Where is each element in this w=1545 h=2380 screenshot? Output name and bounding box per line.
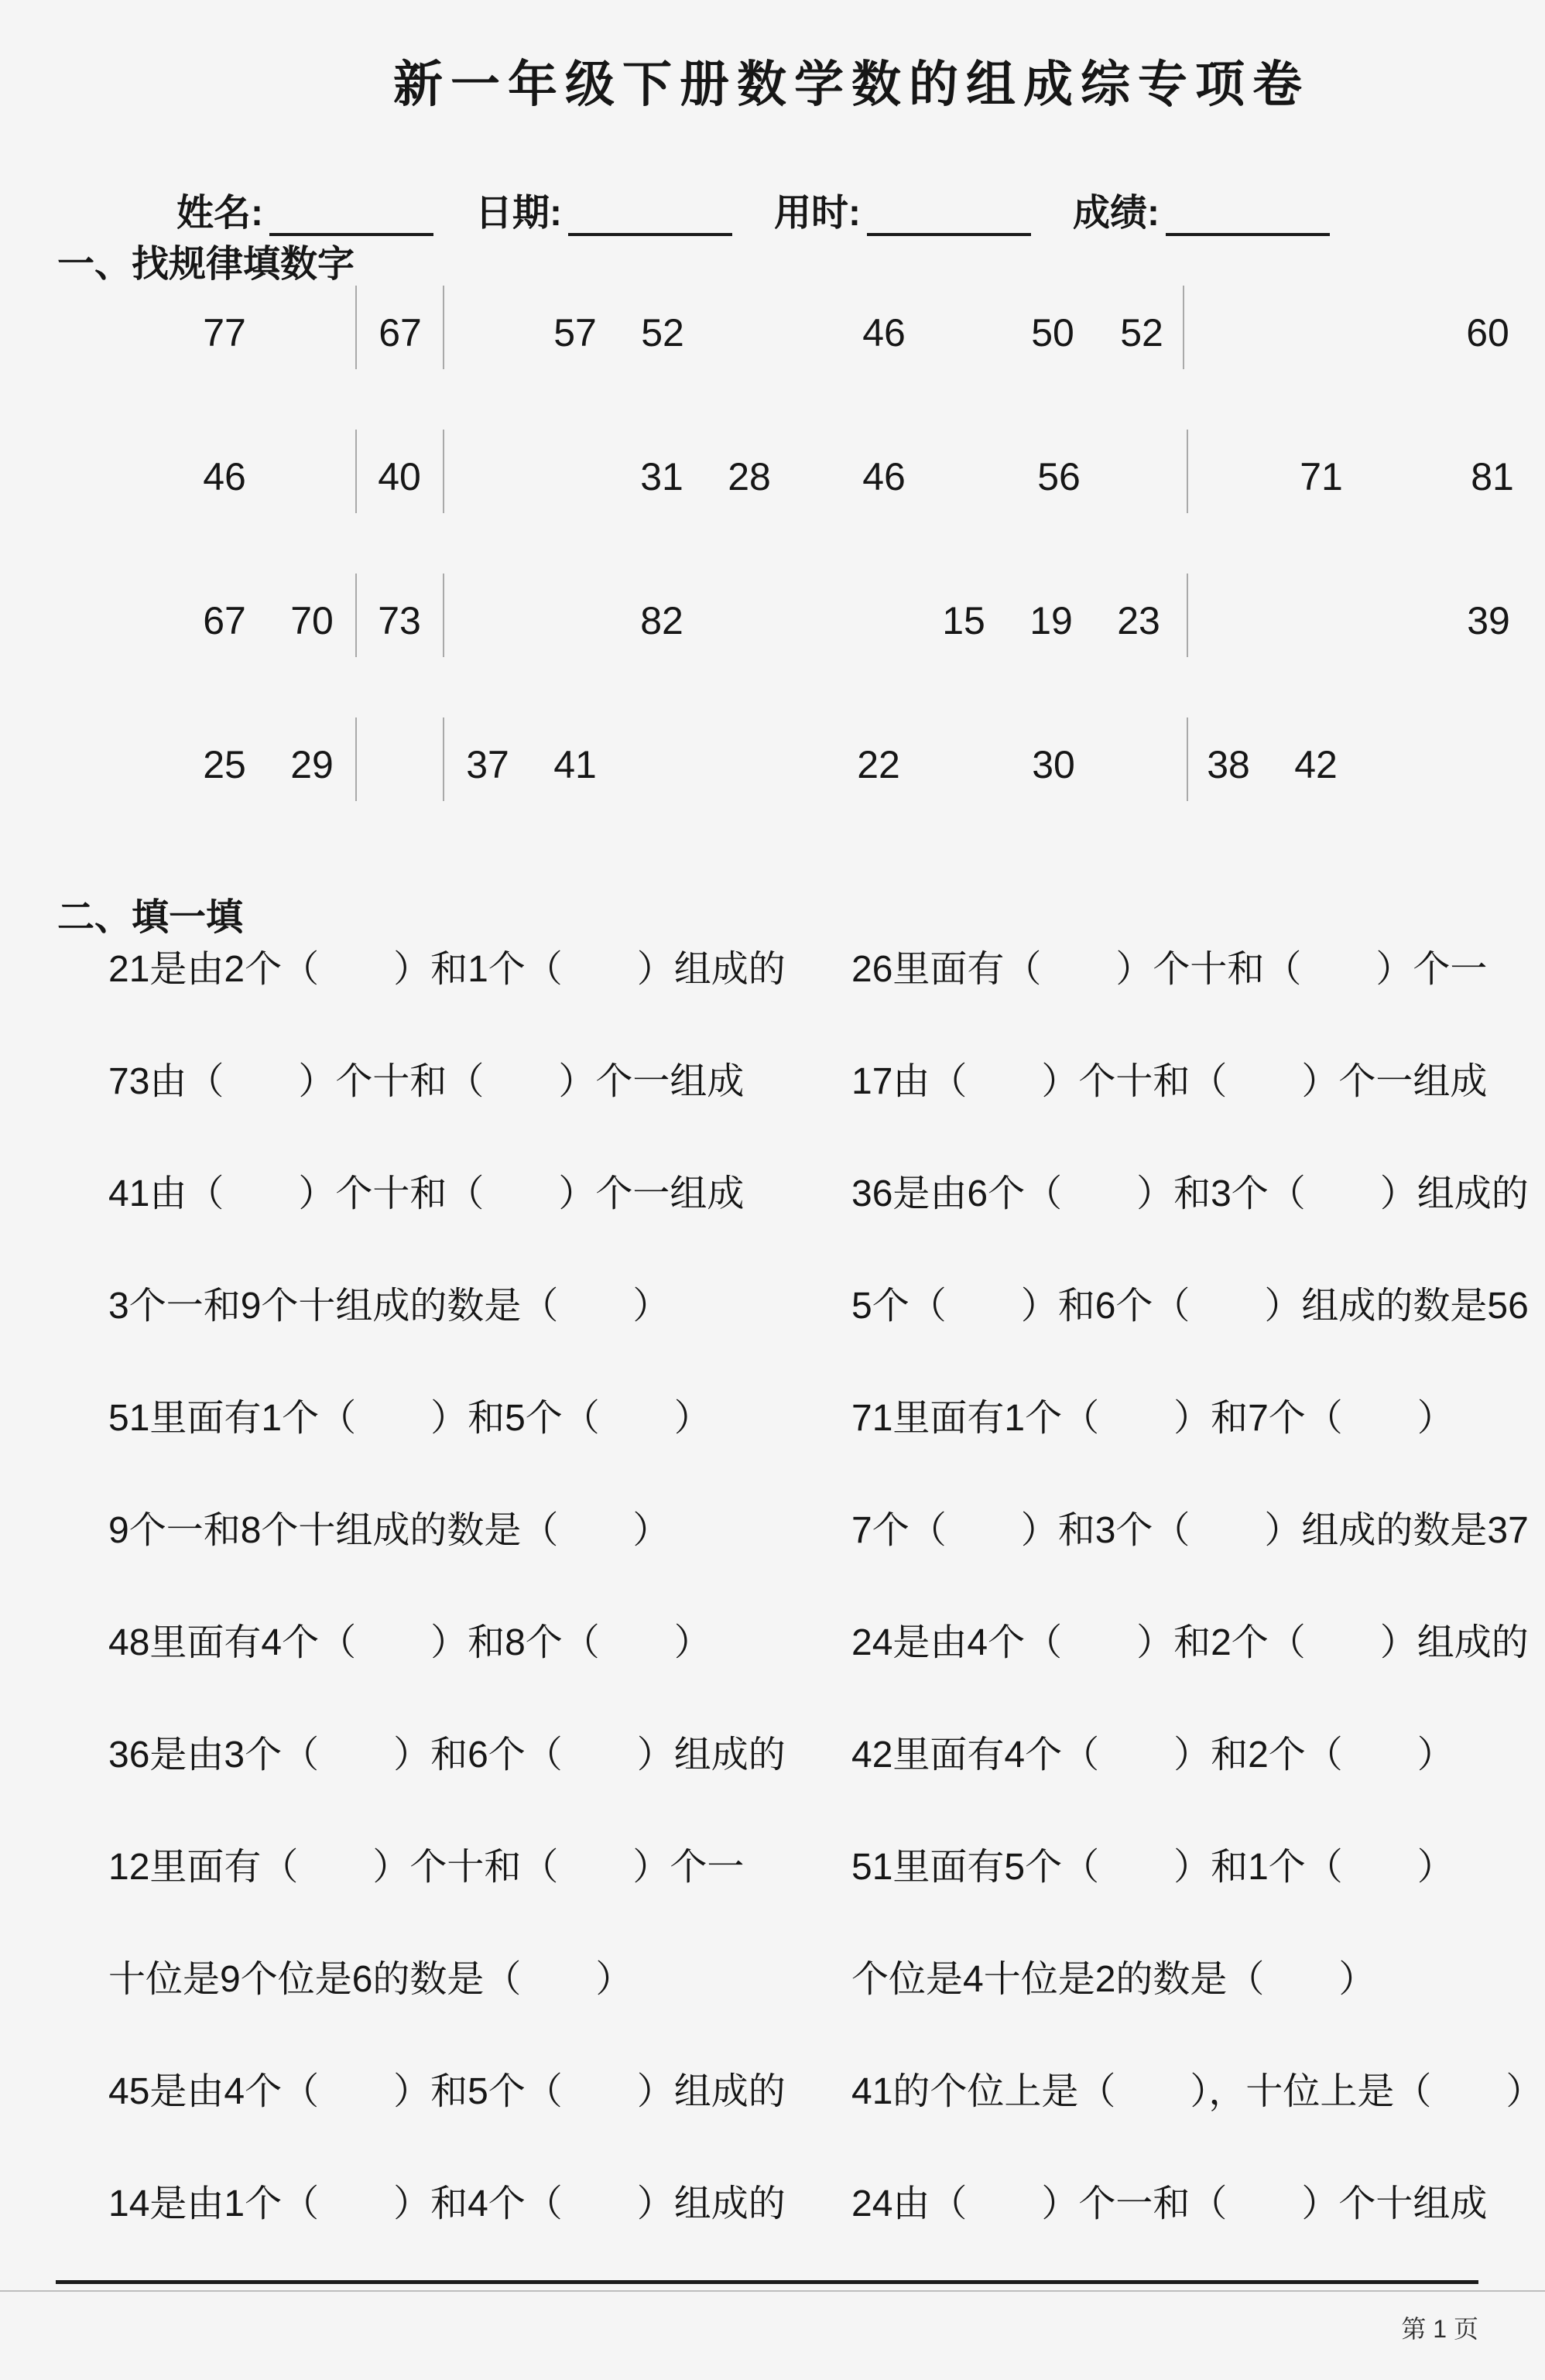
- problem-item-left-8: 36是由3个（ ）和6个（ ）组成的: [108, 1724, 786, 1778]
- page-title: 新一年级下册数学数的组成综专项卷: [310, 45, 1393, 116]
- sequence-number: 57: [553, 310, 597, 355]
- sequence-number: 46: [862, 454, 906, 499]
- sequence-number: 73: [378, 598, 421, 643]
- sequence-number: 40: [378, 454, 421, 499]
- sequence-number: 39: [1467, 598, 1510, 643]
- sequence-number: 28: [728, 454, 771, 499]
- grid-divider: [355, 430, 357, 513]
- grid-divider: [1187, 574, 1188, 657]
- sequence-number: 70: [290, 598, 334, 643]
- sequence-number: 19: [1029, 598, 1073, 643]
- sequence-number: 52: [641, 310, 684, 355]
- sequence-number: 71: [1300, 454, 1343, 499]
- sequence-number: 56: [1037, 454, 1081, 499]
- sequence-number: 31: [640, 454, 683, 499]
- grid-divider: [443, 717, 444, 801]
- sequence-number: 77: [203, 310, 246, 355]
- problem-item-left-9: 12里面有（ ）个十和（ ）个一: [108, 1837, 744, 1890]
- sequence-number: 41: [553, 742, 597, 787]
- problem-item-left-12: 14是由1个（ ）和4个（ ）组成的: [108, 2173, 786, 2227]
- sequence-number: 81: [1471, 454, 1514, 499]
- grid-divider: [443, 286, 444, 369]
- problem-item-right-4: 5个（ ）和6个（ ）组成的数是56: [851, 1276, 1529, 1329]
- problem-item-left-1: 21是由2个（ ）和1个（ ）组成的: [108, 939, 786, 992]
- sequence-number: 22: [857, 742, 900, 787]
- problem-item-left-3: 41由（ ）个十和（ ）个一组成: [108, 1163, 744, 1217]
- grid-divider: [1187, 717, 1188, 801]
- header-label-time: 用时:: [774, 183, 861, 236]
- sequence-number: 52: [1120, 310, 1163, 355]
- sequence-number: 82: [640, 598, 683, 643]
- problem-item-right-10: 个位是4十位是2的数是（ ）: [851, 1949, 1375, 2002]
- header-blank-date: [568, 193, 732, 236]
- problem-item-right-7: 24是由4个（ ）和2个（ ）组成的: [851, 1612, 1529, 1666]
- sequence-number: 46: [862, 310, 906, 355]
- grid-divider: [355, 717, 357, 801]
- sequence-number: 67: [379, 310, 422, 355]
- problem-item-left-10: 十位是9个位是6的数是（ ）: [108, 1949, 632, 2002]
- footer-rule-dark: [56, 2280, 1478, 2284]
- sequence-number: 50: [1031, 310, 1074, 355]
- problem-item-left-7: 48里面有4个（ ）和8个（ ）: [108, 1612, 711, 1666]
- header-fields: 姓名:日期:用时:成绩:: [176, 183, 1330, 236]
- problem-item-right-12: 24由（ ）个一和（ ）个十组成: [851, 2173, 1487, 2227]
- problem-item-right-3: 36是由6个（ ）和3个（ ）组成的: [851, 1163, 1529, 1217]
- worksheet-page: 新一年级下册数学数的组成综专项卷 姓名:日期:用时:成绩: 一、找规律填数字 7…: [0, 0, 1545, 2380]
- header-field-score: 成绩:: [1073, 183, 1330, 236]
- grid-divider: [443, 430, 444, 513]
- sequence-number: 15: [942, 598, 985, 643]
- header-blank-time: [867, 193, 1031, 236]
- grid-divider: [355, 574, 357, 657]
- header-field-name: 姓名:: [176, 183, 433, 236]
- problem-item-left-6: 9个一和8个十组成的数是（ ）: [108, 1500, 670, 1553]
- problem-item-left-11: 45是由4个（ ）和5个（ ）组成的: [108, 2061, 786, 2115]
- sequence-number: 37: [466, 742, 509, 787]
- problem-item-right-11: 41的个位上是（ ），十位上是（ ）: [851, 2061, 1543, 2115]
- problem-item-right-2: 17由（ ）个十和（ ）个一组成: [851, 1051, 1487, 1104]
- sequence-number: 60: [1466, 310, 1509, 355]
- problem-item-right-8: 42里面有4个（ ）和2个（ ）: [851, 1724, 1454, 1778]
- header-label-date: 日期:: [475, 183, 562, 236]
- page-number: 第 1 页: [1355, 2310, 1478, 2345]
- grid-divider: [1183, 286, 1184, 369]
- grid-divider: [355, 286, 357, 369]
- header-label-name: 姓名:: [176, 183, 263, 236]
- sequence-number: 23: [1117, 598, 1160, 643]
- problem-item-left-2: 73由（ ）个十和（ ）个一组成: [108, 1051, 744, 1104]
- section2-heading: 二、填一填: [57, 887, 243, 940]
- sequence-number: 30: [1032, 742, 1075, 787]
- footer-rule-light: [0, 2290, 1545, 2292]
- header-blank-score: [1166, 193, 1330, 236]
- sequence-number: 67: [203, 598, 246, 643]
- problem-item-right-1: 26里面有（ ）个十和（ ）个一: [851, 939, 1487, 992]
- section1-heading: 一、找规律填数字: [57, 234, 355, 287]
- problem-item-right-6: 7个（ ）和3个（ ）组成的数是37: [851, 1500, 1529, 1553]
- sequence-number: 29: [290, 742, 334, 787]
- header-label-score: 成绩:: [1073, 183, 1160, 236]
- sequence-number: 42: [1294, 742, 1338, 787]
- header-blank-name: [269, 193, 433, 236]
- header-field-date: 日期:: [475, 183, 732, 236]
- sequence-number: 38: [1207, 742, 1250, 787]
- sequence-number: 46: [203, 454, 246, 499]
- grid-divider: [443, 574, 444, 657]
- grid-divider: [1187, 430, 1188, 513]
- problem-item-right-9: 51里面有5个（ ）和1个（ ）: [851, 1837, 1454, 1890]
- problem-item-right-5: 71里面有1个（ ）和7个（ ）: [851, 1388, 1454, 1441]
- sequence-number: 25: [203, 742, 246, 787]
- problem-item-left-5: 51里面有1个（ ）和5个（ ）: [108, 1388, 711, 1441]
- header-field-time: 用时:: [774, 183, 1031, 236]
- problem-item-left-4: 3个一和9个十组成的数是（ ）: [108, 1276, 670, 1329]
